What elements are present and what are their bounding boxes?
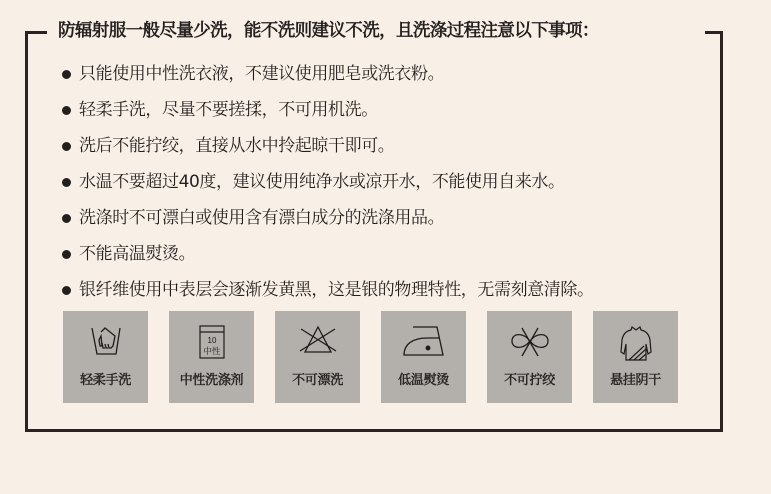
- care-tile-label: 不可漂洗: [275, 369, 360, 388]
- list-item: 只能使用中性洗衣液，不建议使用肥皂或洗衣粉。: [62, 56, 594, 92]
- list-item-text: 洗涤时不可漂白或使用含有漂白成分的洗涤用品。: [79, 204, 444, 232]
- svg-text:10: 10: [207, 336, 216, 345]
- bullet-icon: [62, 106, 71, 115]
- list-item: 不能高温熨烫。: [62, 236, 594, 272]
- svg-text:中性: 中性: [203, 346, 221, 357]
- bullet-icon: [62, 70, 71, 79]
- frame-top-right-segment: [705, 31, 722, 34]
- care-tile-hand-wash: 轻柔手洗: [63, 311, 148, 403]
- list-item: 轻柔手洗，尽量不要搓揉，不可用机洗。: [62, 92, 594, 128]
- list-item: 水温不要超过40度，建议使用纯净水或凉开水，不能使用自来水。: [62, 164, 594, 200]
- care-tile-label: 悬挂阴干: [593, 369, 678, 388]
- no-wring-icon: [509, 324, 551, 358]
- care-tile-no-bleach: 不可漂洗: [275, 311, 360, 403]
- neutral-detergent-icon: 10 中性: [197, 324, 227, 360]
- list-item-text: 洗后不能拧绞，直接从水中拎起晾干即可。: [79, 132, 394, 160]
- bullet-icon: [62, 250, 71, 259]
- bullet-icon: [62, 286, 71, 295]
- list-item-text: 轻柔手洗，尽量不要搓揉，不可用机洗。: [79, 96, 378, 124]
- care-tile-label: 中性洗涤剂: [169, 369, 254, 388]
- list-item-text: 水温不要超过40度，建议使用纯净水或凉开水，不能使用自来水。: [79, 168, 565, 196]
- list-item: 洗涤时不可漂白或使用含有漂白成分的洗涤用品。: [62, 200, 594, 236]
- hand-wash-icon: [89, 324, 123, 358]
- list-item: 洗后不能拧绞，直接从水中拎起晾干即可。: [62, 128, 594, 164]
- list-item-text: 不能高温熨烫。: [79, 240, 195, 268]
- care-tile-label: 不可拧绞: [487, 369, 572, 388]
- care-title: 防辐射服一般尽量少洗，能不洗则建议不洗，且洗涤过程注意以下事项：: [58, 17, 599, 45]
- hang-dry-icon: [617, 324, 655, 362]
- bullet-icon: [62, 214, 71, 223]
- care-tile-neutral-detergent: 10 中性 中性洗涤剂: [169, 311, 254, 403]
- care-icon-row: 轻柔手洗 10 中性 中性洗涤剂 不可漂洗 低温熨烫: [63, 311, 678, 403]
- no-bleach-icon: [298, 324, 338, 356]
- list-item-text: 银纤维使用中表层会逐渐发黄黑，这是银的物理特性，无需刻意清除。: [79, 276, 594, 304]
- care-tile-label: 低温熨烫: [381, 369, 466, 388]
- list-item: 银纤维使用中表层会逐渐发黄黑，这是银的物理特性，无需刻意清除。: [62, 272, 594, 308]
- frame-top-left-segment: [25, 31, 47, 34]
- care-tile-hang-dry: 悬挂阴干: [593, 311, 678, 403]
- care-tile-no-wring: 不可拧绞: [487, 311, 572, 403]
- bullet-icon: [62, 142, 71, 151]
- care-tile-label: 轻柔手洗: [63, 369, 148, 388]
- care-instructions-list: 只能使用中性洗衣液，不建议使用肥皂或洗衣粉。 轻柔手洗，尽量不要搓揉，不可用机洗…: [62, 56, 594, 308]
- care-tile-low-iron: 低温熨烫: [381, 311, 466, 403]
- bullet-icon: [62, 178, 71, 187]
- list-item-text: 只能使用中性洗衣液，不建议使用肥皂或洗衣粉。: [79, 60, 444, 88]
- low-iron-icon: [401, 324, 447, 358]
